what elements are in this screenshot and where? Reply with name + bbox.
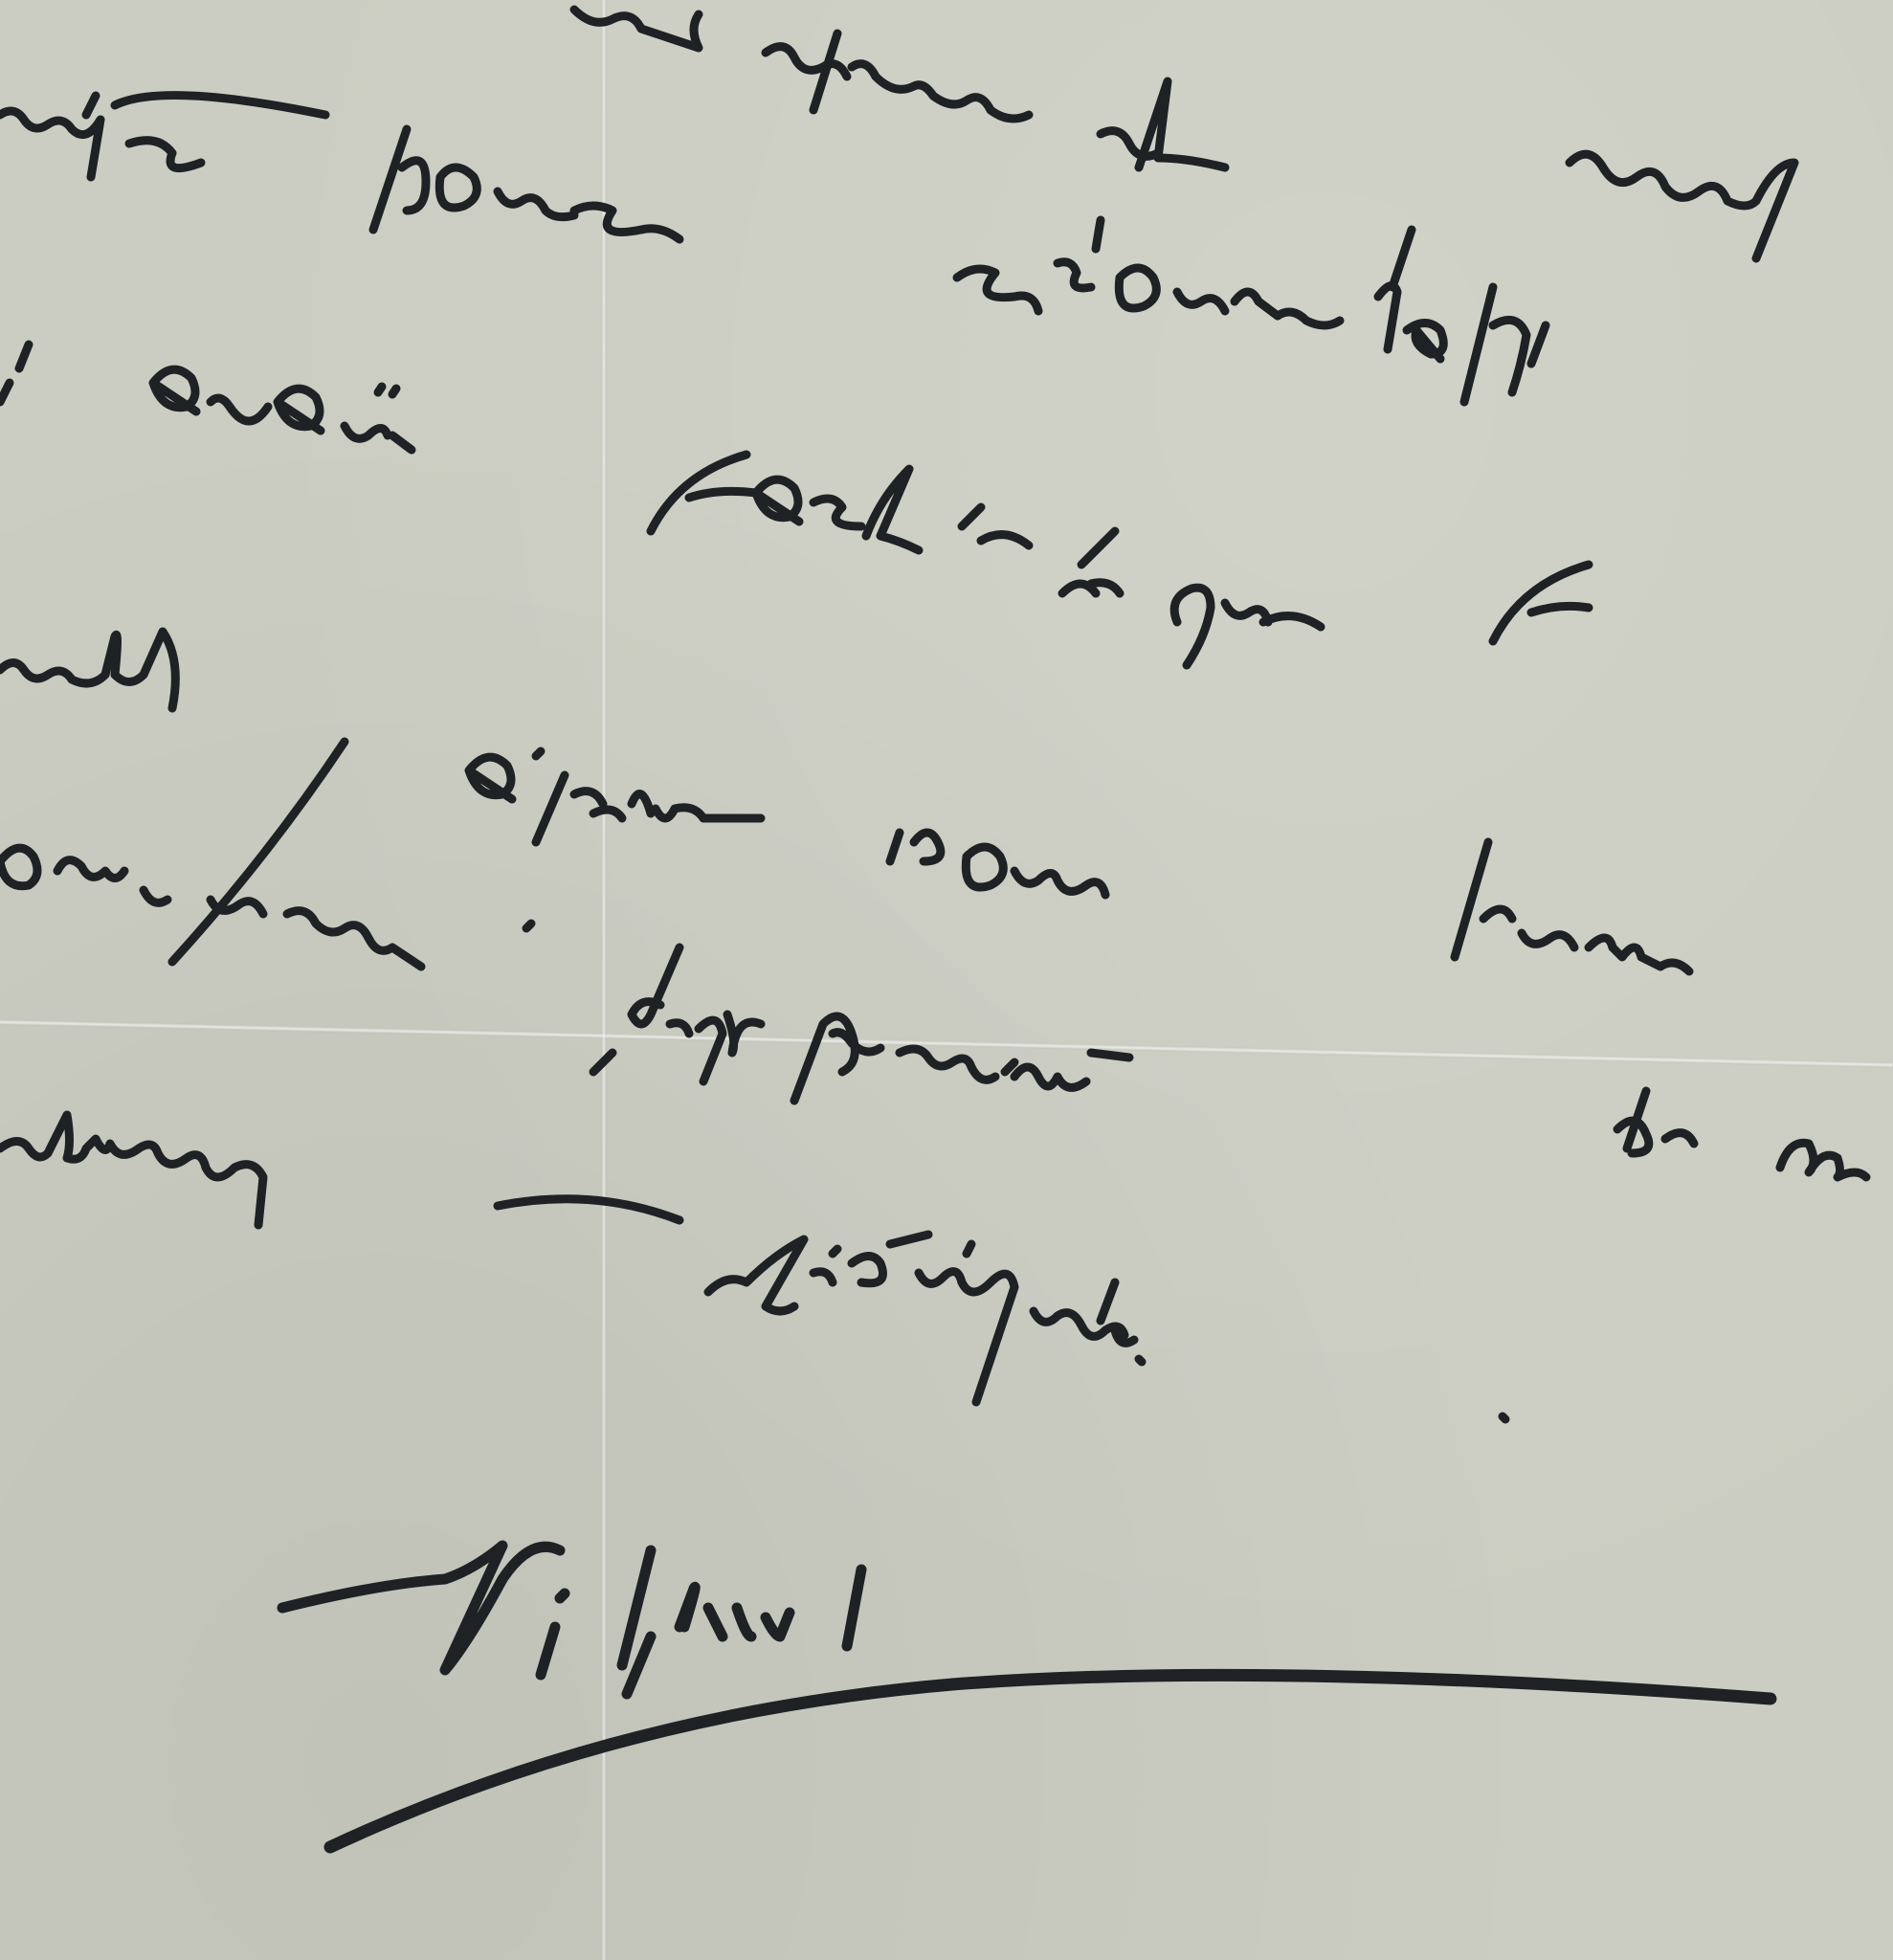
handwriting-line-1	[574, 10, 1794, 258]
signature-underline-flourish	[330, 1675, 1771, 1847]
handwriting-line-5	[0, 848, 1866, 1177]
handwriting-line-2	[0, 96, 1546, 402]
handwriting-ink	[0, 0, 1893, 1960]
handwriting-line-3	[0, 345, 1589, 665]
signature-wilhelm	[282, 1546, 861, 1694]
handwriting-line-4	[0, 632, 1689, 971]
letter-sheet: …tal infiniment ému …aite, pour retrouve…	[0, 0, 1893, 1960]
handwriting-line-6	[0, 1115, 1505, 1419]
